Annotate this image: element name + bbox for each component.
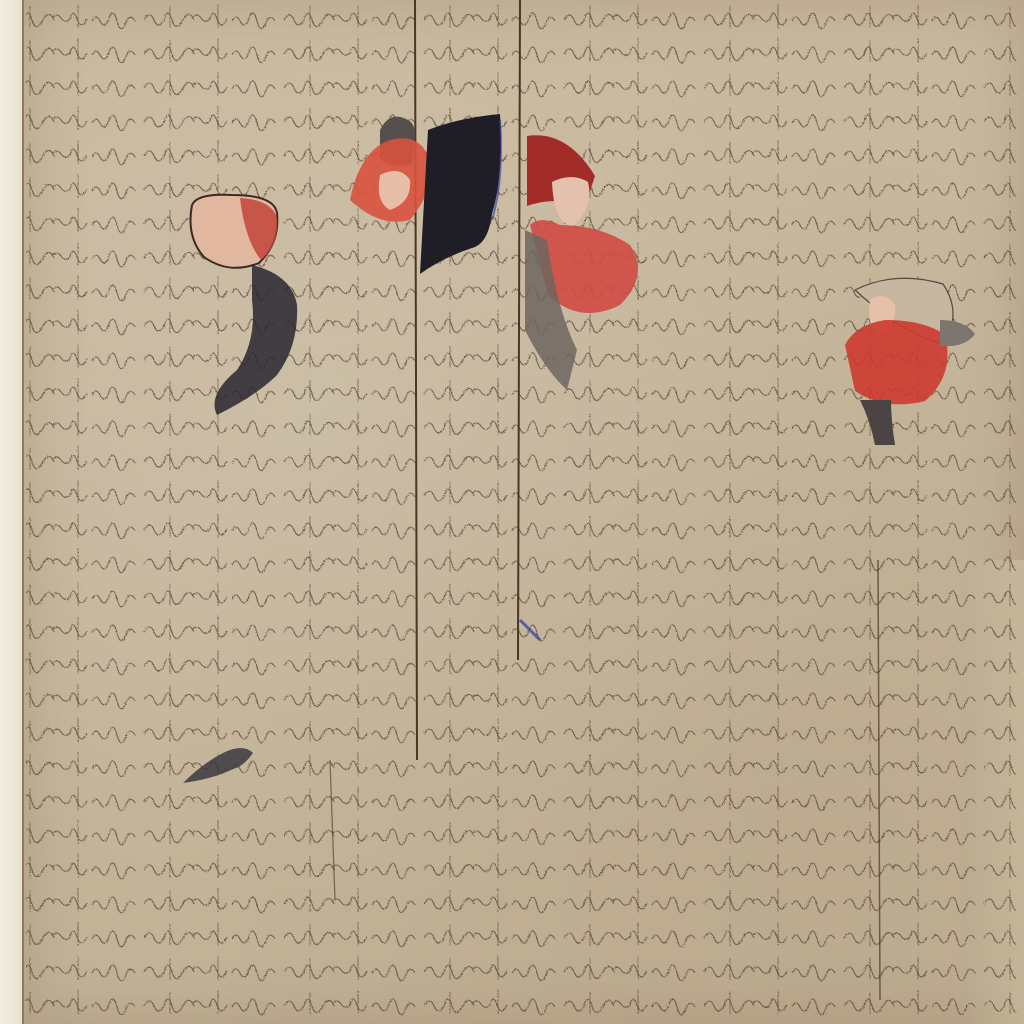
handwriting-texture [26,0,1016,1024]
manuscript-image [0,0,1024,1024]
manuscript-drawing [0,0,1024,1024]
